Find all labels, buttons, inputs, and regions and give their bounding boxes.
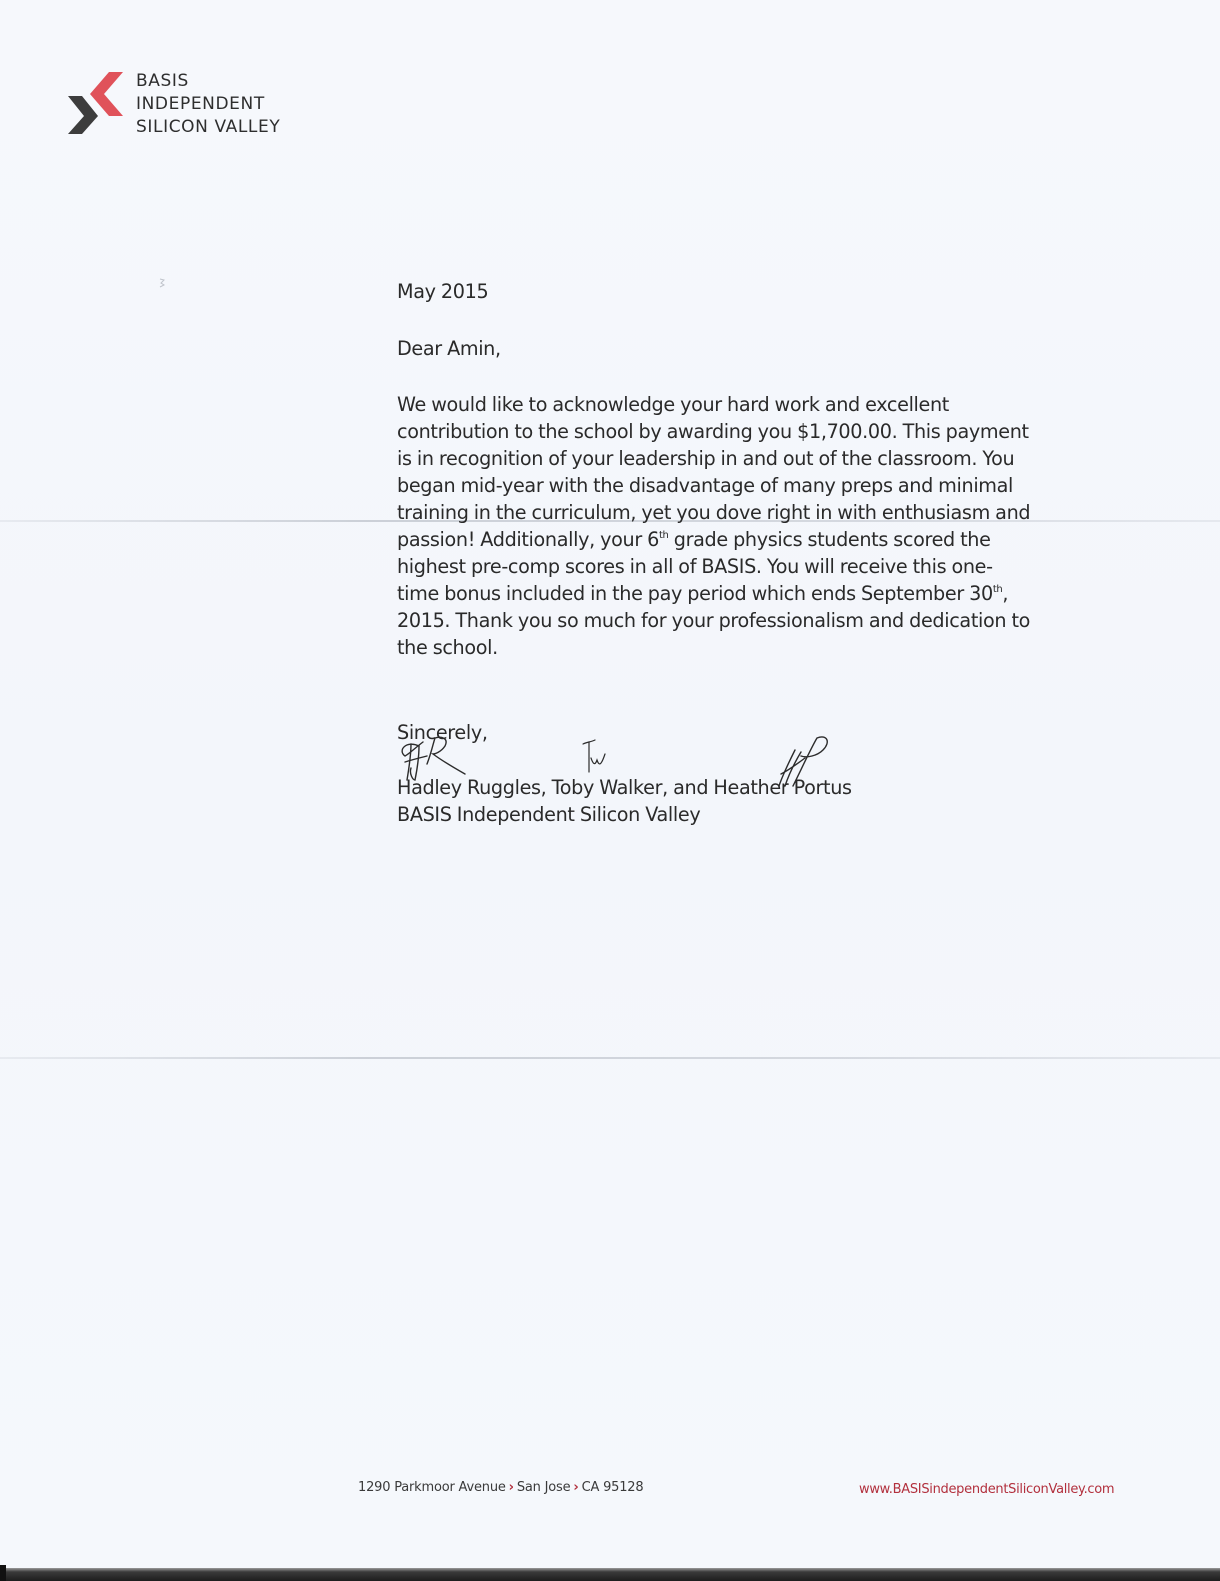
- letterhead-name: BASIS INDEPENDENT SILICON VALLEY: [136, 70, 280, 139]
- body-line: passion! Additionally, your 6th grade ph…: [397, 526, 1097, 553]
- signer-names: Hadley Ruggles, Toby Walker, and Heather…: [397, 774, 852, 801]
- scan-speck: [158, 278, 166, 288]
- body-line: 2015. Thank you so much for your profess…: [397, 607, 1097, 634]
- footer-address: 1290 Parkmoor Avenue›San Jose›CA 95128: [358, 1480, 643, 1495]
- address-street: 1290 Parkmoor Avenue: [358, 1480, 506, 1495]
- body-text: grade physics students scored the: [669, 528, 991, 551]
- address-state-zip: CA 95128: [582, 1480, 644, 1495]
- body-line: We would like to acknowledge your hard w…: [397, 391, 1097, 418]
- footer-website-link[interactable]: www.BASISindependentSiliconValley.com: [859, 1482, 1114, 1497]
- letter-date: May 2015: [397, 278, 1087, 305]
- address-city: San Jose: [517, 1480, 571, 1495]
- separator-icon: ›: [509, 1480, 514, 1495]
- letterhead-line: SILICON VALLEY: [136, 116, 280, 139]
- letter-body: May 2015 Dear Amin, We would like to ack…: [397, 278, 1087, 305]
- body-text: ,: [1002, 582, 1008, 605]
- body-line: began mid-year with the disadvantage of …: [397, 472, 1097, 499]
- ordinal-suffix: th: [659, 530, 669, 541]
- organization-name: BASIS Independent Silicon Valley: [397, 801, 700, 828]
- body-line: contribution to the school by awarding y…: [397, 418, 1097, 445]
- fold-line: [0, 1057, 1220, 1059]
- letter-page: BASIS INDEPENDENT SILICON VALLEY May 201…: [0, 0, 1220, 1568]
- scanner-edge: [0, 1568, 1220, 1581]
- letterhead-logo: BASIS INDEPENDENT SILICON VALLEY: [68, 70, 280, 139]
- salutation: Dear Amin,: [397, 335, 501, 362]
- body-line: is in recognition of your leadership in …: [397, 445, 1097, 472]
- separator-icon: ›: [573, 1480, 578, 1495]
- body-line: time bonus included in the pay period wh…: [397, 580, 1097, 607]
- chevron-mark-icon: [68, 72, 126, 134]
- signature-tw-icon: [583, 740, 605, 772]
- body-text: passion! Additionally, your 6: [397, 528, 659, 551]
- ordinal-suffix: th: [993, 584, 1003, 595]
- scanner-corner: [0, 1565, 6, 1581]
- body-paragraph: We would like to acknowledge your hard w…: [397, 391, 1097, 661]
- letterhead-line: INDEPENDENT: [136, 93, 280, 116]
- body-text: time bonus included in the pay period wh…: [397, 582, 993, 605]
- body-line: the school.: [397, 634, 1097, 661]
- letterhead-line: BASIS: [136, 70, 280, 93]
- body-line: training in the curriculum, yet you dove…: [397, 499, 1097, 526]
- body-line: highest pre-comp scores in all of BASIS.…: [397, 553, 1097, 580]
